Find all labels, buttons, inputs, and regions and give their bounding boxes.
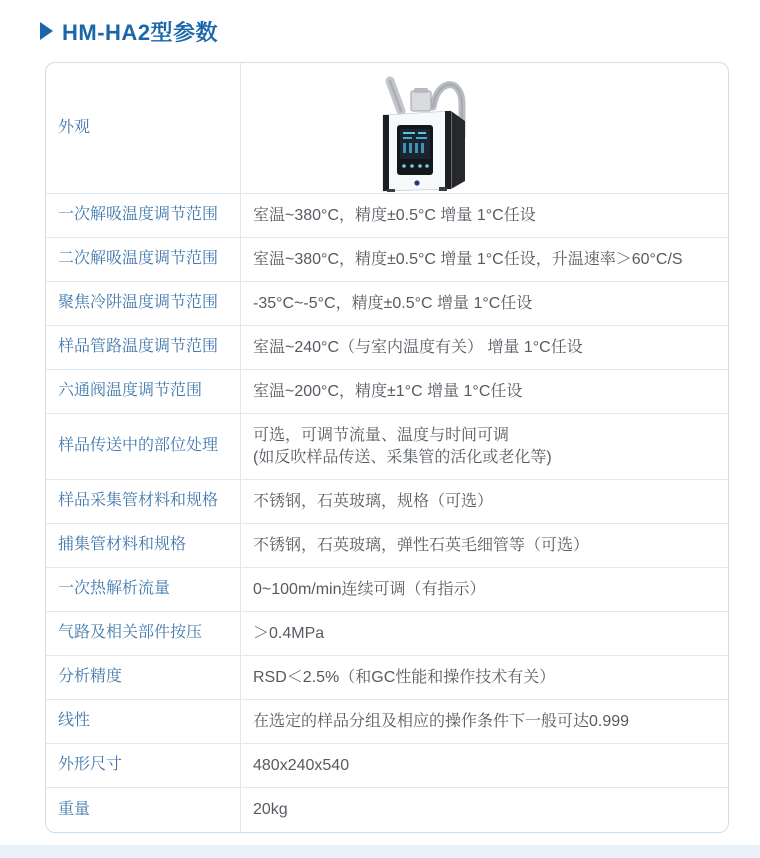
row-value: 可选，可调节流量、温度与时间可调 (如反吹样品传送、采集管的活化或老化等): [241, 414, 728, 479]
table-row: 二次解吸温度调节范围 室温~380°C，精度±0.5°C 增量 1°C任设，升温…: [46, 238, 728, 282]
row-label: 重量: [46, 788, 241, 832]
row-value-line1: 可选，可调节流量、温度与时间可调: [253, 425, 718, 447]
table-row: 聚焦冷阱温度调节范围 -35°C~-5°C，精度±0.5°C 增量 1°C任设: [46, 282, 728, 326]
row-label: 二次解吸温度调节范围: [46, 238, 241, 281]
table-row: 样品采集管材料和规格 不锈钢，石英玻璃，规格（可选）: [46, 480, 728, 524]
triangle-bullet-icon: [40, 22, 53, 40]
table-row: 六通阀温度调节范围 室温~200°C，精度±1°C 增量 1°C任设: [46, 370, 728, 414]
table-row: 重量 20kg: [46, 788, 728, 832]
table-row: 外形尺寸 480x240x540: [46, 744, 728, 788]
row-value: -35°C~-5°C，精度±0.5°C 增量 1°C任设: [241, 282, 728, 325]
page-title: HM-HA2型参数: [62, 16, 218, 47]
row-label: 外观: [46, 63, 241, 193]
row-label: 气路及相关部件按压: [46, 612, 241, 655]
row-value: 室温~240°C（与室内温度有关） 增量 1°C任设: [241, 326, 728, 369]
row-value: 不锈钢，石英玻璃，弹性石英毛细管等（可选）: [241, 524, 728, 567]
row-value: RSD＜2.5%（和GC性能和操作技术有关）: [241, 656, 728, 699]
row-label: 分析精度: [46, 656, 241, 699]
row-value: 20kg: [241, 788, 728, 832]
spec-table: 外观: [45, 62, 729, 833]
row-value: 在选定的样品分组及相应的操作条件下一般可达0.999: [241, 700, 728, 743]
table-row: 样品传送中的部位处理 可选，可调节流量、温度与时间可调 (如反吹样品传送、采集管…: [46, 414, 728, 480]
table-row: 气路及相关部件按压 ＞0.4MPa: [46, 612, 728, 656]
row-value: 室温~380°C，精度±0.5°C 增量 1°C任设: [241, 194, 728, 237]
row-label: 聚焦冷阱温度调节范围: [46, 282, 241, 325]
table-row: 一次解吸温度调节范围 室温~380°C，精度±0.5°C 增量 1°C任设: [46, 194, 728, 238]
row-label: 外形尺寸: [46, 744, 241, 787]
table-row: 捕集管材料和规格 不锈钢，石英玻璃，弹性石英毛细管等（可选）: [46, 524, 728, 568]
table-row: 分析精度 RSD＜2.5%（和GC性能和操作技术有关）: [46, 656, 728, 700]
table-row: 样品管路温度调节范围 室温~240°C（与室内温度有关） 增量 1°C任设: [46, 326, 728, 370]
row-value: 不锈钢，石英玻璃，规格（可选）: [241, 480, 728, 523]
row-label: 一次解吸温度调节范围: [46, 194, 241, 237]
row-value-image-cell: [241, 63, 728, 193]
row-label: 样品管路温度调节范围: [46, 326, 241, 369]
row-value: ＞0.4MPa: [241, 612, 728, 655]
row-label: 六通阀温度调节范围: [46, 370, 241, 413]
table-row-appearance: 外观: [46, 63, 728, 194]
section-divider-band: [0, 845, 760, 858]
instrument-photo: [363, 65, 481, 192]
row-value-line2: (如反吹样品传送、采集管的活化或老化等): [253, 447, 718, 469]
row-value: 室温~380°C，精度±0.5°C 增量 1°C任设，升温速率＞60°C/S: [241, 238, 728, 281]
row-label: 样品传送中的部位处理: [46, 414, 241, 479]
row-label: 样品采集管材料和规格: [46, 480, 241, 523]
row-value: 480x240x540: [241, 744, 728, 787]
row-value: 0~100m/min连续可调（有指示）: [241, 568, 728, 611]
row-label: 捕集管材料和规格: [46, 524, 241, 567]
table-row: 一次热解析流量 0~100m/min连续可调（有指示）: [46, 568, 728, 612]
row-value: 室温~200°C，精度±1°C 增量 1°C任设: [241, 370, 728, 413]
row-label: 一次热解析流量: [46, 568, 241, 611]
row-label: 线性: [46, 700, 241, 743]
table-row: 线性 在选定的样品分组及相应的操作条件下一般可达0.999: [46, 700, 728, 744]
page-header: HM-HA2型参数: [0, 0, 760, 48]
